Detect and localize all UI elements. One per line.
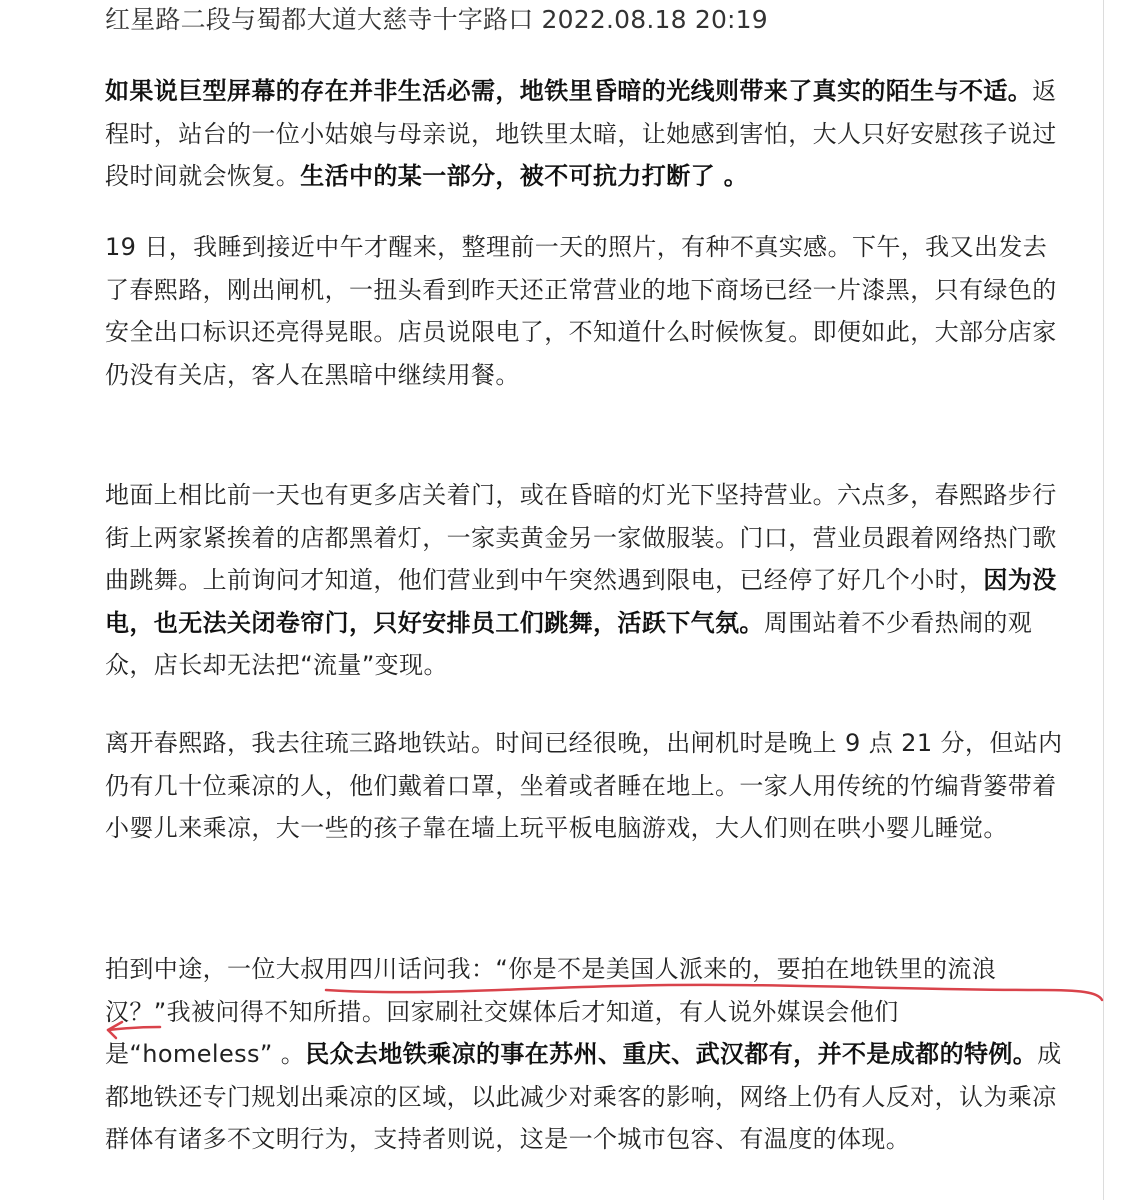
page-edge-divider — [1103, 0, 1104, 1200]
bold-text: 生活中的某一部分，被不可抗力打断了 。 — [300, 162, 748, 190]
bold-text: 民众去地铁乘凉的事在苏州、重庆、武汉都有，并不是成都的特例。 — [305, 1040, 1037, 1068]
paragraph-5: 拍到中途，一位大叔用四川话问我：“你是不是美国人派来的，要拍在地铁里的流浪汉？”… — [105, 948, 1065, 1161]
paragraph-1: 如果说巨型屏幕的存在并非生活必需，地铁里昏暗的光线则带来了真实的陌生与不适。返程… — [105, 70, 1065, 198]
body-text: 离开春熙路，我去往琉三路地铁站。时间已经很晚，出闸机时是晚上 9 点 21 分，… — [105, 729, 1063, 842]
bold-text: 如果说巨型屏幕的存在并非生活必需，地铁里昏暗的光线则带来了真实的陌生与不适。 — [105, 77, 1032, 105]
body-text: 19 日，我睡到接近中午才醒来，整理前一天的照片，有种不真实感。下午，我又出发去… — [105, 233, 1057, 389]
photo-caption: 红星路二段与蜀都大道大慈寺十字路口 2022.08.18 20:19 — [105, 2, 768, 38]
body-text: 地面上相比前一天也有更多店关着门，或在昏暗的灯光下坚持营业。六点多，春熙路步行街… — [105, 481, 1057, 594]
paragraph-4: 离开春熙路，我去往琉三路地铁站。时间已经很晚，出闸机时是晚上 9 点 21 分，… — [105, 722, 1065, 850]
paragraph-3: 地面上相比前一天也有更多店关着门，或在昏暗的灯光下坚持营业。六点多，春熙路步行街… — [105, 474, 1065, 687]
paragraph-2: 19 日，我睡到接近中午才醒来，整理前一天的照片，有种不真实感。下午，我又出发去… — [105, 226, 1065, 396]
